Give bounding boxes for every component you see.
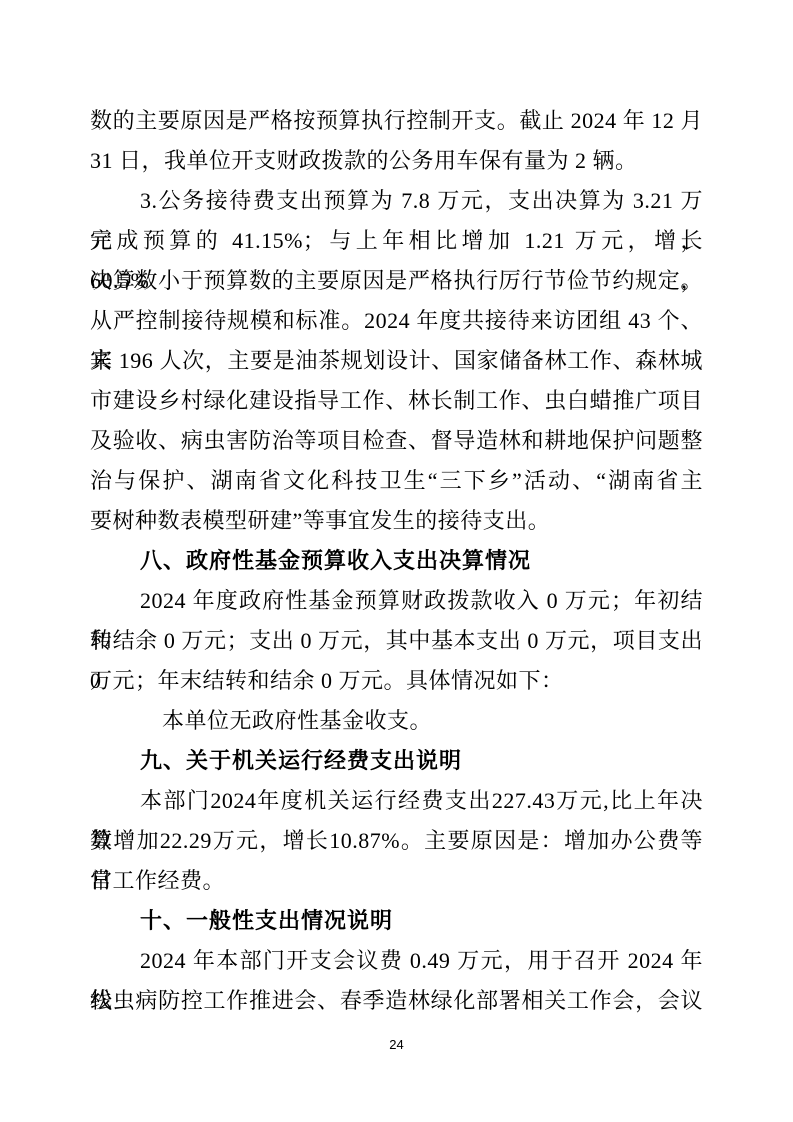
text-line: 2024 年本部门开支会议费 0.49 万元，用于召开 2024 年松 bbox=[90, 941, 703, 981]
text-line: 治与保护、湖南省文化科技卫生“三下乡”活动、“湖南省主 bbox=[90, 461, 703, 501]
section-heading-8: 八、政府性基金预算收入支出决算情况 bbox=[90, 541, 703, 581]
document-body: 数的主要原因是严格按预算执行控制开支。截止 2024 年 12 月 31 日，我… bbox=[90, 101, 703, 1021]
text-line: 线虫病防控工作推进会、春季造林绿化部署相关工作会，会议 bbox=[90, 981, 703, 1021]
text-line: 本部门2024年度机关运行经费支出227.43万元,比上年决算 bbox=[90, 781, 703, 821]
text-line: 万元；年末结转和结余 0 万元。具体情况如下： bbox=[90, 661, 703, 701]
text-line: 决算数小于预算数的主要原因是严格执行厉行节俭节约规定， bbox=[90, 261, 703, 301]
section-heading-9: 九、关于机关运行经费支出说明 bbox=[90, 741, 703, 781]
text-line: 宾 196 人次，主要是油茶规划设计、国家储备林工作、森林城 bbox=[90, 341, 703, 381]
section-heading-10: 十、一般性支出情况说明 bbox=[90, 901, 703, 941]
text-line: 市建设乡村绿化建设指导工作、林长制工作、虫白蜡推广项目 bbox=[90, 381, 703, 421]
document-page: 数的主要原因是严格按预算执行控制开支。截止 2024 年 12 月 31 日，我… bbox=[0, 0, 793, 1122]
text-line: 完成预算的 41.15%；与上年相比增加 1.21 万元，增长 60.5%。 bbox=[90, 221, 703, 261]
text-line: 及验收、病虫害防治等项目检查、督导造林和耕地保护问题整 bbox=[90, 421, 703, 461]
text-line: 31 日，我单位开支财政拨款的公务用车保有量为 2 辆。 bbox=[90, 141, 703, 181]
text-line: 从严控制接待规模和标准。2024 年度共接待来访团组 43 个、来 bbox=[90, 301, 703, 341]
text-line: 3.公务接待费支出预算为 7.8 万元，支出决算为 3.21 万元， bbox=[90, 181, 703, 221]
text-line: 常工作经费。 bbox=[90, 861, 703, 901]
text-line: 本单位无政府性基金收支。 bbox=[90, 701, 703, 741]
page-number: 24 bbox=[389, 1037, 403, 1052]
text-line: 2024 年度政府性基金预算财政拨款收入 0 万元；年初结转 bbox=[90, 581, 703, 621]
page-footer: 24 bbox=[0, 1036, 793, 1054]
text-line: 和结余 0 万元；支出 0 万元，其中基本支出 0 万元，项目支出 0 bbox=[90, 621, 703, 661]
text-line: 数增加22.29万元，增长10.87%。主要原因是：增加办公费等日 bbox=[90, 821, 703, 861]
text-line: 要树种数表模型研建”等事宜发生的接待支出。 bbox=[90, 501, 703, 541]
text-line: 数的主要原因是严格按预算执行控制开支。截止 2024 年 12 月 bbox=[90, 101, 703, 141]
